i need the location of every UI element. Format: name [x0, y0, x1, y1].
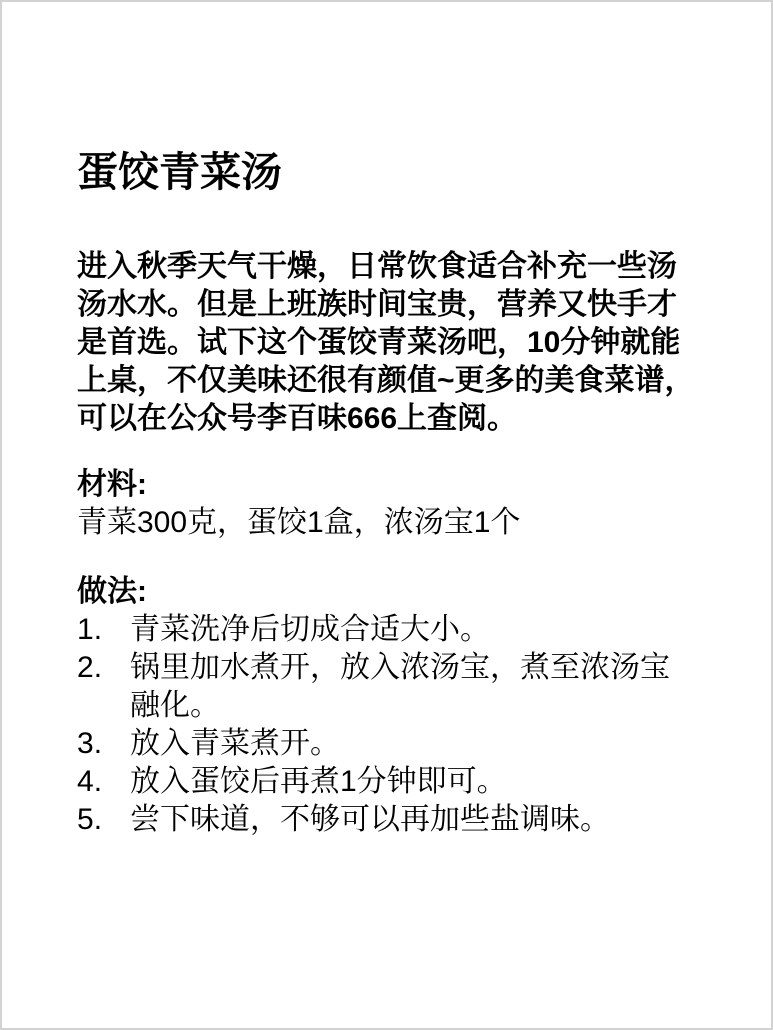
steps-heading: 做法: [77, 573, 731, 611]
steps-section: 做法: 青菜洗净后切成合适大小。 锅里加水煮开，放入浓汤宝，煮至浓汤宝融化。 放… [77, 573, 731, 839]
materials-heading: 材料: [77, 466, 731, 504]
step-text: 放入蛋饺后再煮1分钟即可。 [130, 763, 687, 801]
step-text: 青菜洗净后切成合适大小。 [130, 611, 687, 649]
step-item: 青菜洗净后切成合适大小。 [77, 611, 687, 649]
recipe-title: 蛋饺青菜汤 [77, 148, 731, 196]
step-item: 放入青菜煮开。 [77, 725, 687, 763]
materials-section: 材料: 青菜300克，蛋饺1盒，浓汤宝1个 [77, 466, 731, 542]
intro-paragraph: 进入秋季天气干燥，日常饮食适合补充一些汤汤水水。但是上班族时间宝贵，营养又快手才… [77, 248, 701, 438]
materials-line: 青菜300克，蛋饺1盒，浓汤宝1个 [77, 504, 701, 542]
step-item: 放入蛋饺后再煮1分钟即可。 [77, 763, 687, 801]
step-item: 尝下味道，不够可以再加些盐调味。 [77, 801, 687, 839]
steps-list: 青菜洗净后切成合适大小。 锅里加水煮开，放入浓汤宝，煮至浓汤宝融化。 放入青菜煮… [77, 611, 687, 839]
recipe-page: 蛋饺青菜汤 进入秋季天气干燥，日常饮食适合补充一些汤汤水水。但是上班族时间宝贵，… [0, 0, 773, 1030]
step-text: 尝下味道，不够可以再加些盐调味。 [130, 801, 687, 839]
step-item: 锅里加水煮开，放入浓汤宝，煮至浓汤宝融化。 [77, 649, 687, 725]
step-text: 锅里加水煮开，放入浓汤宝，煮至浓汤宝融化。 [130, 649, 687, 725]
step-text: 放入青菜煮开。 [130, 725, 687, 763]
